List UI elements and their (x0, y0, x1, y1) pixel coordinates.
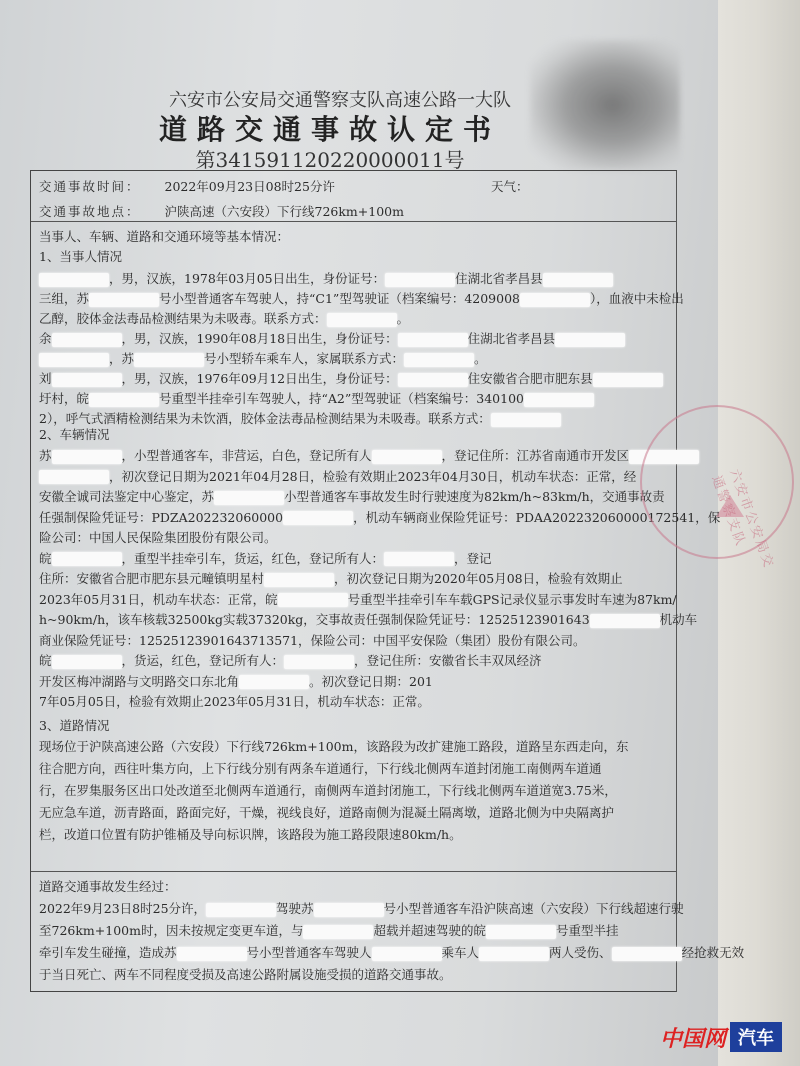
text-segment: 圩村，皖 (39, 391, 89, 406)
place-label: 交通事故地点： (39, 204, 141, 219)
redacted-field (524, 393, 594, 407)
text-line: 往合肥方向，西往叶集方向，上下行线分别有两条车道通行，下行线北侧两车道封闭施工南… (39, 759, 602, 777)
text-segment: 栏，改道口位置有防护锥桶及导向标识牌，该路段为施工路段限速80km/h。 (39, 827, 462, 842)
redacted-field (52, 655, 122, 669)
redacted-field (52, 373, 122, 387)
text-line: 现场位于沪陕高速公路（六安段）下行线726km+100m，该路段为改扩建施工路段… (39, 737, 628, 755)
document-title: 道路交通事故认定书 (0, 108, 660, 148)
text-segment: 牵引车发生碰撞，造成苏 (39, 945, 177, 960)
redacted-field (39, 353, 109, 367)
text-segment: 号重型半挂 (556, 923, 619, 938)
text-segment: 号小型普通客车驾驶人 (247, 945, 372, 960)
text-segment: ，苏 (109, 351, 134, 366)
text-line: 栏，改道口位置有防护锥桶及导向标识牌，该路段为施工路段限速80km/h。 (39, 825, 462, 843)
redacted-field (264, 573, 334, 587)
redacted-field (89, 393, 159, 407)
redacted-field (555, 333, 625, 347)
redacted-field (284, 655, 354, 669)
text-segment: ，初次登记日期为2021年04月28日，检验有效期止2023年04月30日，机动… (109, 469, 636, 484)
redacted-field (177, 947, 247, 961)
text-segment: ，男，汉族，1976年09月12日出生，身份证号： (122, 371, 398, 386)
redacted-field (486, 925, 556, 939)
process-heading: 道路交通事故发生经过： (39, 877, 177, 895)
redacted-field (543, 273, 613, 287)
redacted-field (372, 450, 442, 464)
text-segment: 超载并超速驾驶的皖 (373, 923, 486, 938)
text-line: 余，男，汉族，1990年08月18日出生，身份证号：住湖北省孝昌县 (39, 329, 625, 347)
text-line: 任强制保险凭证号：PDZA202232060000，机动车辆商业保险凭证号：PD… (39, 508, 720, 526)
redacted-field (385, 273, 455, 287)
text-segment: 险公司：中国人民保险集团股份有限公司。 (39, 530, 277, 545)
accident-form: 交通事故时间： 2022年09月23日08时25分许 天气： 交通事故地点： 沪… (30, 170, 677, 992)
redacted-field (39, 273, 109, 287)
redacted-field (384, 552, 454, 566)
text-segment: ，登记住所：江苏省南通市开发区 (442, 448, 630, 463)
text-segment: 刘 (39, 371, 52, 386)
text-segment: ，登记住所：安徽省长丰双凤经济 (354, 653, 542, 668)
redacted-field (398, 333, 468, 347)
divider (31, 871, 676, 872)
text-line: 住所：安徽省合肥市肥东县元疃镇明星村，初次登记日期为2020年05月08日，检验… (39, 569, 623, 587)
text-segment: ，货运，红色，登记所有人： (122, 653, 285, 668)
text-segment: 2），呼气式酒精检测结果为未饮酒，胶体金法毒品检测结果为未吸毒。联系方式： (39, 411, 491, 426)
text-segment: 号小型普通客车沿沪陕高速（六安段）下行线超速行驶 (384, 901, 684, 916)
redacted-field (404, 353, 474, 367)
text-segment: 7年05月05日，检验有效期止2023年05月31日，机动车状态：正常。 (39, 694, 430, 709)
divider (31, 221, 676, 222)
text-segment: 。初次登记日期：201 (309, 674, 433, 689)
text-line: 苏，小型普通客车，非营运，白色，登记所有人，登记住所：江苏省南通市开发区 (39, 446, 699, 464)
text-segment: 号小型普通客车驾驶人，持“C1”型驾驶证（档案编号：4209008 (159, 291, 520, 306)
place-row: 交通事故地点： 沪陕高速（六安段）下行线726km+100m (39, 202, 404, 220)
time-label: 交通事故时间： (39, 179, 141, 194)
text-line: ，男，汉族，1978年03月05日出生，身份证号：住湖北省孝昌县 (39, 269, 613, 287)
redacted-field (214, 491, 284, 505)
text-segment: 至726km+100m时，因未按规定变更车道，与 (39, 923, 303, 938)
text-segment: 两人受伤、 (549, 945, 612, 960)
text-line: h~90km/h，该车核载32500kg实载37320kg，交事故责任强制保险凭… (39, 610, 697, 628)
time-row: 交通事故时间： 2022年09月23日08时25分许 (39, 177, 335, 195)
text-line: 三组，苏号小型普通客车驾驶人，持“C1”型驾驶证（档案编号：4209008），血… (39, 289, 684, 307)
redacted-field (134, 353, 204, 367)
text-line: 牵引车发生碰撞，造成苏号小型普通客车驾驶人乘车人两人受伤、经抢救无效 (39, 943, 744, 961)
text-segment: 任强制保险凭证号：PDZA202232060000 (39, 510, 283, 525)
redacted-field (278, 593, 348, 607)
text-line: 2022年9月23日8时25分许，驾驶苏号小型普通客车沿沪陕高速（六安段）下行线… (39, 899, 684, 917)
text-segment: 三组，苏 (39, 291, 89, 306)
text-segment: 2022年9月23日8时25分许， (39, 901, 206, 916)
text-segment: ，男，汉族，1990年08月18日出生，身份证号： (122, 331, 398, 346)
time-value: 2022年09月23日08时25分许 (165, 179, 335, 194)
text-segment: ，登记 (454, 551, 492, 566)
text-segment: 。 (474, 351, 487, 366)
text-segment: 乘车人 (442, 945, 480, 960)
watermark-logo: 中国网 汽车 (660, 1022, 782, 1052)
text-segment: 行，在罗集服务区出口处改道至北侧两车道通行，南侧两车道封闭施工，下行线北侧两车道… (39, 783, 617, 798)
text-line: ，初次登记日期为2021年04月28日，检验有效期止2023年04月30日，机动… (39, 467, 636, 485)
text-line: 于当日死亡、两车不同程度受损及高速公路附属设施受损的道路交通事故。 (39, 965, 452, 983)
text-segment: 。 (397, 311, 410, 326)
redacted-field (398, 373, 468, 387)
text-segment: 经抢救无效 (682, 945, 745, 960)
text-segment: 无应急车道，沥青路面，路面完好，干燥，视线良好，道路南侧为混凝土隔离墩，道路北侧… (39, 805, 614, 820)
redacted-field (479, 947, 549, 961)
text-segment: 小型普通客车事故发生时行驶速度为82km/h~83km/h，交通事故责 (284, 489, 665, 504)
text-line: 开发区梅冲湖路与文明路交口东北角。初次登记日期：201 (39, 672, 433, 690)
text-segment: 往合肥方向，西往叶集方向，上下行线分别有两条车道通行，下行线北侧两车道封闭施工南… (39, 761, 602, 776)
text-segment: ，男，汉族，1978年03月05日出生，身份证号： (109, 271, 385, 286)
weather-row: 天气： (491, 177, 529, 195)
text-line: 乙醇，胶体金法毒品检测结果为未吸毒。联系方式：。 (39, 309, 409, 327)
text-line: 无应急车道，沥青路面，路面完好，干燥，视线良好，道路南侧为混凝土隔离墩，道路北侧… (39, 803, 614, 821)
redacted-field (593, 373, 663, 387)
text-segment: 皖 (39, 551, 52, 566)
redacted-field (612, 947, 682, 961)
text-line: 皖，重型半挂牵引车，货运，红色，登记所有人：，登记 (39, 549, 492, 567)
redacted-field (520, 293, 590, 307)
section-heading: 当事人、车辆、道路和交通环境等基本情况： (39, 227, 289, 245)
redacted-field (239, 675, 309, 689)
text-segment: 乙醇，胶体金法毒品检测结果为未吸毒。联系方式： (39, 311, 327, 326)
redacted-field (372, 947, 442, 961)
redacted-field (590, 614, 660, 628)
text-segment: 住湖北省孝昌县 (468, 331, 556, 346)
redacted-field (327, 313, 397, 327)
parties-heading: 1、当事人情况 (39, 247, 122, 265)
text-line: 险公司：中国人民保险集团股份有限公司。 (39, 528, 277, 546)
redacted-field (52, 333, 122, 347)
text-segment: 2023年05月31日，机动车状态：正常，皖 (39, 592, 278, 607)
text-line: 商业保险凭证号：12525123901643713571，保险公司：中国平安保险… (39, 631, 586, 649)
text-segment: 于当日死亡、两车不同程度受损及高速公路附属设施受损的道路交通事故。 (39, 967, 452, 982)
text-segment: 开发区梅冲湖路与文明路交口东北角 (39, 674, 239, 689)
text-line: 至726km+100m时，因未按规定变更车道，与超载并超速驾驶的皖号重型半挂 (39, 921, 619, 939)
text-line: 7年05月05日，检验有效期止2023年05月31日，机动车状态：正常。 (39, 692, 430, 710)
text-segment: 住所：安徽省合肥市肥东县元疃镇明星村 (39, 571, 264, 586)
redacted-field (303, 925, 373, 939)
redacted-field (206, 903, 276, 917)
redacted-field (283, 511, 353, 525)
vehicles-heading: 2、车辆情况 (39, 425, 109, 443)
text-segment: 号小型轿车乘车人，家属联系方式： (204, 351, 404, 366)
text-segment: 余 (39, 331, 52, 346)
redacted-field (314, 903, 384, 917)
text-segment: ，初次登记日期为2020年05月08日，检验有效期止 (334, 571, 623, 586)
redacted-field (52, 552, 122, 566)
text-segment: 住湖北省孝昌县 (455, 271, 543, 286)
redacted-field (52, 450, 122, 464)
text-segment: ，小型普通客车，非营运，白色，登记所有人 (122, 448, 372, 463)
auto-channel-badge: 汽车 (730, 1022, 782, 1052)
text-line: 圩村，皖号重型半挂牵引车驾驶人，持“A2”型驾驶证（档案编号：340100 (39, 389, 594, 407)
china-net-logo-icon: 中国网 (660, 1022, 726, 1053)
text-line: 2023年05月31日，机动车状态：正常，皖号重型半挂牵引车车载GPS记录仪显示… (39, 590, 677, 608)
text-segment: 现场位于沪陕高速公路（六安段）下行线726km+100m，该路段为改扩建施工路段… (39, 739, 628, 754)
text-line: 皖，货运，红色，登记所有人：，登记住所：安徽省长丰双凤经济 (39, 651, 542, 669)
redacted-field (39, 470, 109, 484)
text-segment: 商业保险凭证号：12525123901643713571，保险公司：中国平安保险… (39, 633, 586, 648)
text-segment: 安徽全诚司法鉴定中心鉴定，苏 (39, 489, 214, 504)
weather-label: 天气： (491, 179, 529, 194)
text-segment: 皖 (39, 653, 52, 668)
redacted-field (491, 413, 561, 427)
document-number: 第341591120220000011号 (0, 144, 660, 173)
text-line: 2），呼气式酒精检测结果为未饮酒，胶体金法毒品检测结果为未吸毒。联系方式： (39, 409, 561, 427)
text-line: 行，在罗集服务区出口处改道至北侧两车道通行，南侧两车道封闭施工，下行线北侧两车道… (39, 781, 617, 799)
text-segment: 号重型半挂牵引车驾驶人，持“A2”型驾驶证（档案编号：340100 (159, 391, 524, 406)
text-segment: ，重型半挂牵引车，货运，红色，登记所有人： (122, 551, 385, 566)
text-segment: h~90km/h，该车核载32500kg实载37320kg，交事故责任强制保险凭… (39, 612, 590, 627)
text-segment: 机动车 (660, 612, 698, 627)
text-segment: 驾驶苏 (276, 901, 314, 916)
text-segment: 苏 (39, 448, 52, 463)
place-value: 沪陕高速（六安段）下行线726km+100m (165, 204, 404, 219)
road-heading: 3、道路情况 (39, 716, 109, 734)
text-line: 刘，男，汉族，1976年09月12日出生，身份证号：住安徽省合肥市肥东县 (39, 369, 663, 387)
text-line: 安徽全诚司法鉴定中心鉴定，苏小型普通客车事故发生时行驶速度为82km/h~83k… (39, 487, 665, 505)
text-segment: 住安徽省合肥市肥东县 (468, 371, 593, 386)
redacted-field (89, 293, 159, 307)
text-line: ，苏号小型轿车乘车人，家属联系方式：。 (39, 349, 487, 367)
text-segment: 号重型半挂牵引车车载GPS记录仪显示事发时车速为87km/ (348, 592, 677, 607)
text-segment: ），血液中未检出 (590, 291, 684, 306)
